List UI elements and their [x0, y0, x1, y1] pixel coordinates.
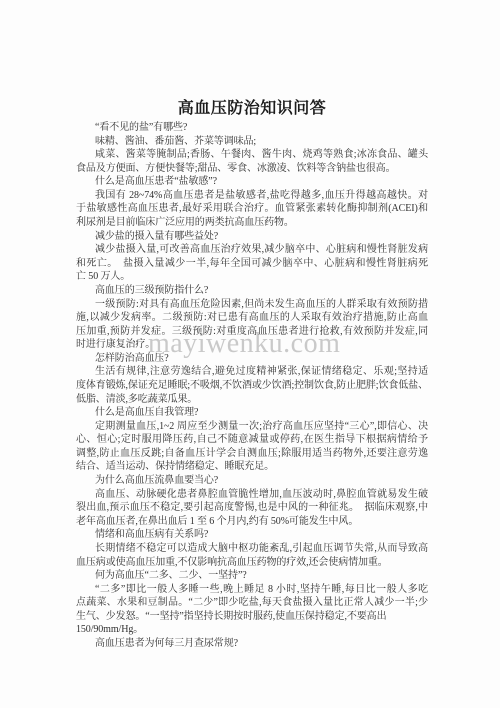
- text-line: 何为高血压“二多、二少、一坚持”?: [76, 569, 428, 583]
- text-line: 味精、酱油、番茄酱、芥菜等调味品;: [76, 135, 428, 149]
- text-line: 点蔬菜、水果和豆制品。“二少”即少吃盐,每天食盐摄入量比正常人减少一半;少: [76, 596, 428, 610]
- text-line: 度体育锻炼,保证充足睡眠;不吸烟,不饮酒或少饮酒;控制饮食,防止肥胖;饮食低盐、: [76, 379, 428, 393]
- text-line: “看不见的盐”有哪些?: [76, 121, 428, 135]
- text-line: 长期情绪不稳定可以造成大脑中枢功能紊乱,引起血压调节失常,从而导致高: [76, 542, 428, 556]
- text-line: 和死亡。 盐摄入量减少一半,每年全国可减少脑卒中、心脏病和慢性肾脏病死: [76, 257, 428, 271]
- document-body: “看不见的盐”有哪些?味精、酱油、番茄酱、芥菜等调味品;咸菜、酱菜等腌制品;香肠…: [76, 121, 428, 651]
- text-line: 我国有 28~74%高血压患者是盐敏感者,盐吃得越多,血压升得越高越快。对: [76, 189, 428, 203]
- text-line: 老年高血压者,在鼻出血后 1 至 6 个月内,约有 50%可能发生中风。: [76, 515, 428, 529]
- text-line: 什么是高血压自我管理?: [76, 406, 428, 420]
- text-line: 定期测量血压,1~2 周应至少测量一次;治疗高血压应坚持“三心”,即信心、决: [76, 420, 428, 434]
- text-line: 亡 50 万人。: [76, 270, 428, 284]
- text-line: 食品及方便面、方便快餐等;甜品、零食、冰激凌、饮料等含钠盐也很高。: [76, 162, 428, 176]
- text-line: 减少盐的摄入量有哪些益处?: [76, 230, 428, 244]
- text-line: 情绪和高血压病有关系吗?: [76, 528, 428, 542]
- text-line: 为什么高血压流鼻血要当心?: [76, 474, 428, 488]
- text-line: 调整,防止血压反跳;自备血压计学会自测血压;除服用适当药物外,还要注意劳逸: [76, 447, 428, 461]
- text-line: 咸菜、酱菜等腌制品;香肠、午餐肉、酱牛肉、烧鸡等熟食;冰冻食品、罐头: [76, 148, 428, 162]
- text-line: 减少盐摄入量,可改善高血压治疗效果,减少脑卒中、心脏病和慢性肾脏发病: [76, 243, 428, 257]
- text-line: 裂出血,预示血压不稳定,要引起高度警惕,也是中风的一种征兆。 据临床观察,中: [76, 501, 428, 515]
- text-line: 心、恒心;定时服用降压药,自己不随意减量或停药,在医生指导下根据病情给予: [76, 433, 428, 447]
- text-line: 生气、少发怒。“一坚持”指坚持长期按时服药,使血压保持稳定,不要高出: [76, 610, 428, 624]
- text-line: 施,以减少发病率。二级预防:对已患有高血压的人采取有效治疗措施,防止高血: [76, 311, 428, 325]
- text-line: 利尿剂是目前临床广泛应用的两类抗高血压药物。: [76, 216, 428, 230]
- text-line: 150/90mm/Hg。: [76, 623, 428, 637]
- text-line: 结合、适当运动、保持情绪稳定、睡眠充足。: [76, 460, 428, 474]
- text-line: 时进行康复治疗。: [76, 338, 428, 352]
- text-line: 什么是高血压患者“盐敏感”?: [76, 175, 428, 189]
- document-title: 高血压防治知识问答: [76, 95, 428, 118]
- text-line: 血压病或使高血压加重,不仅影响抗高血压药物的疗效,还会使病情加重。: [76, 556, 428, 570]
- text-line: 高血压的三级预防指什么?: [76, 284, 428, 298]
- text-line: 生活有规律,注意劳逸结合,避免过度精神紧张,保证情绪稳定、乐观;坚持适: [76, 365, 428, 379]
- text-line: 一级预防:对具有高血压危险因素,但尚未发生高血压的人群采取有效预防措: [76, 298, 428, 312]
- document-page: mayiwenku.com 高血压防治知识问答 “看不见的盐”有哪些?味精、酱油…: [0, 0, 500, 708]
- text-line: 低脂、清淡,多吃蔬菜瓜果。: [76, 393, 428, 407]
- text-line: 高血压、动脉硬化患者鼻腔血管脆性增加,血压波动时,鼻腔血管就易发生破: [76, 488, 428, 502]
- text-line: “二多”即比一般人多睡一些,晚上睡足 8 小时,坚持午睡,每日比一般人多吃: [76, 583, 428, 597]
- text-line: 高血压患者为何每三月查尿常规?: [76, 637, 428, 651]
- text-line: 怎样防治高血压?: [76, 352, 428, 366]
- text-line: 于盐敏感性高血压患者,最好采用联合治疗。血管紧张素转化酶抑制剂(ACEI)和: [76, 202, 428, 216]
- text-line: 压加重,预防并发症。三级预防:对重度高血压患者进行抢救,有效预防并发症,同: [76, 325, 428, 339]
